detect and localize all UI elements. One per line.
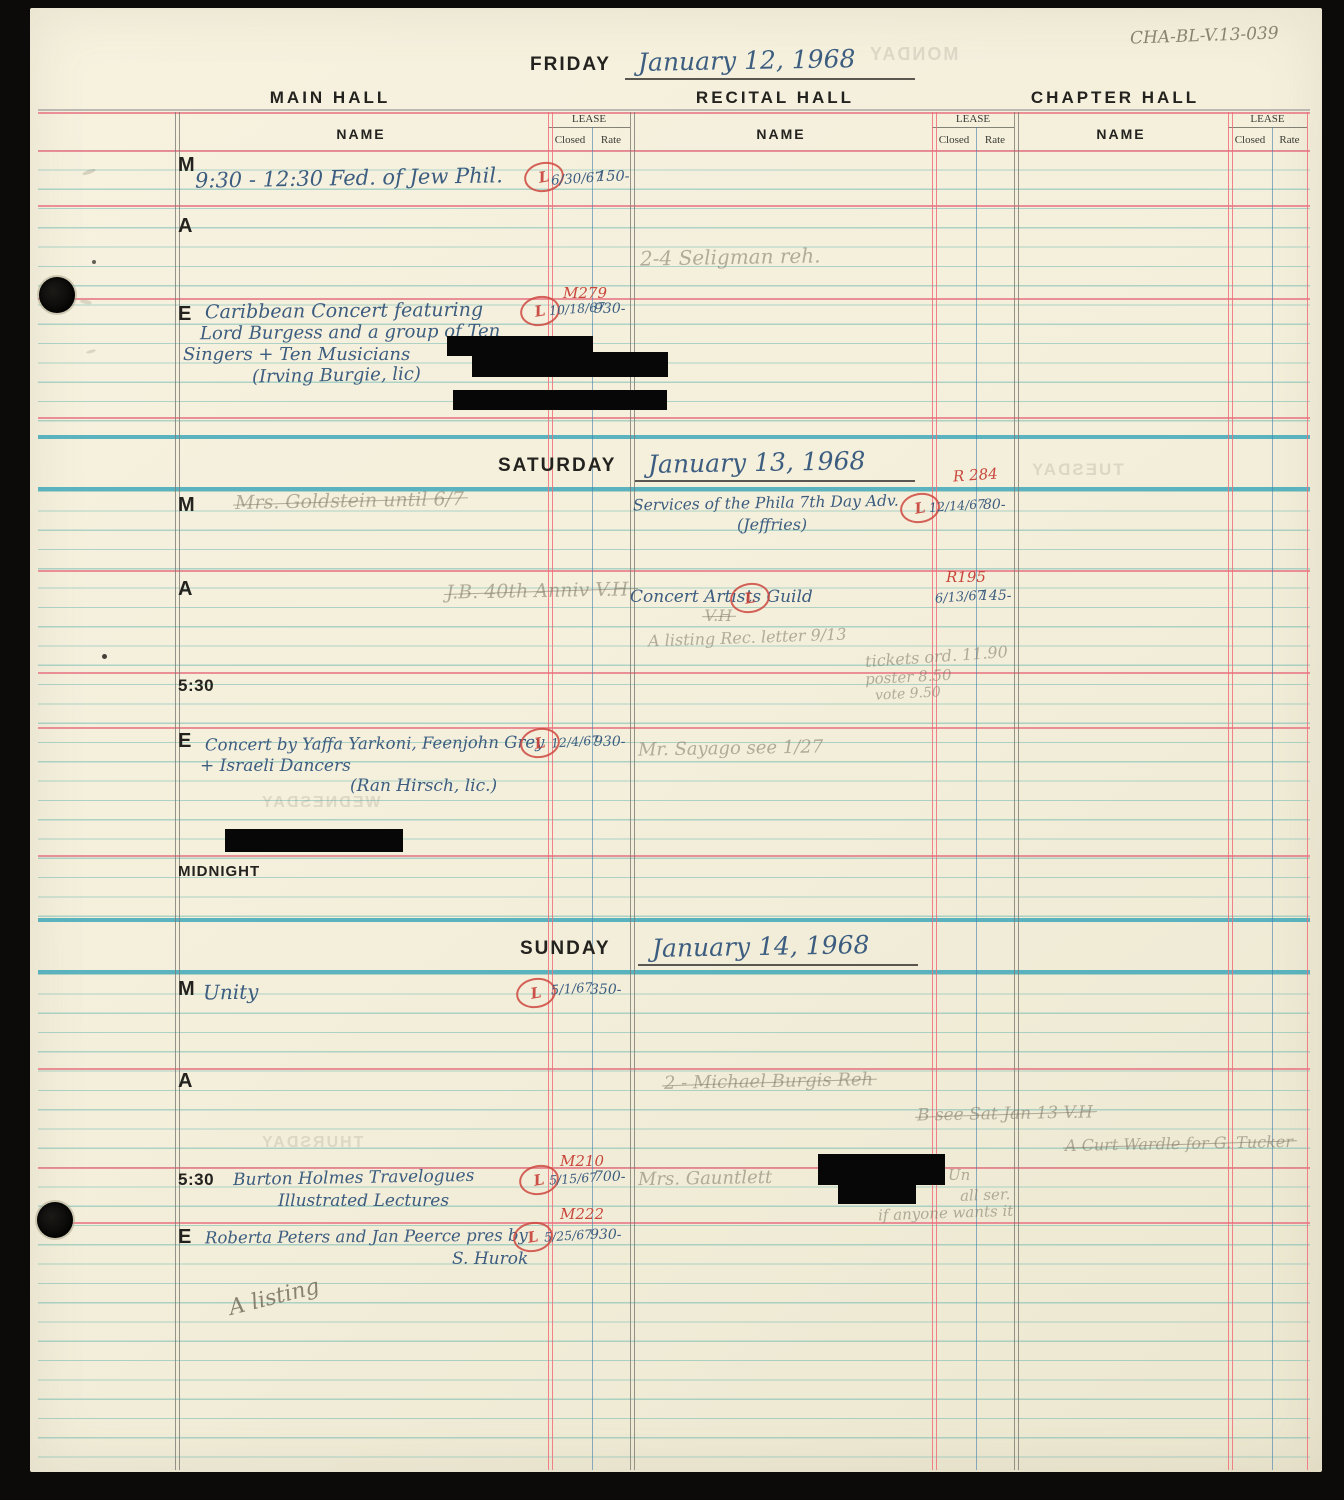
fragment-sunday-recital-530-1: Un bbox=[948, 1166, 970, 1184]
main-recital-divider bbox=[630, 112, 631, 1470]
day-title-saturday: SATURDAY bbox=[498, 455, 616, 477]
lease-underline bbox=[1228, 127, 1307, 128]
row-label-midnight: MIDNIGHT bbox=[178, 863, 260, 880]
row-label-afternoon: A bbox=[178, 1070, 193, 1093]
entry-saturday-main-e-line1: Concert by Yaffa Yarkoni, Feenjohn Grey bbox=[205, 733, 545, 755]
entry-sunday-main-a-struck1: 2 - Michael Burgis Reh bbox=[663, 1069, 873, 1094]
main-closed-rate-divider bbox=[592, 127, 593, 1470]
date-saturday: January 13, 1968 bbox=[648, 446, 866, 479]
ghost-wednesday: WEDNESDAY bbox=[260, 794, 381, 812]
recital-chapter-divider bbox=[1018, 112, 1019, 1470]
name-header-main: NAME bbox=[261, 126, 461, 142]
entry-saturday-recital-m-line2: (Jeffries) bbox=[737, 515, 807, 534]
row-line bbox=[38, 672, 1310, 674]
recital-lease-left-line bbox=[936, 112, 937, 1470]
row-label-evening: E bbox=[178, 1226, 192, 1249]
lease-header-chapter: LEASE bbox=[1228, 113, 1307, 125]
date-underline bbox=[625, 78, 915, 80]
date-underline bbox=[638, 964, 918, 966]
row-line bbox=[38, 150, 1310, 152]
code-saturday-recital-a: R195 bbox=[946, 568, 986, 586]
closed-header-recital: Closed bbox=[932, 134, 976, 146]
closed-header-main: Closed bbox=[548, 134, 592, 146]
entry-sunday-main-e-line2: S. Hurok bbox=[452, 1249, 528, 1269]
entry-sunday-main-530-line1: Burton Holmes Travelogues bbox=[233, 1166, 475, 1190]
redaction-box bbox=[225, 829, 403, 852]
row-line bbox=[38, 727, 1310, 729]
entry-sunday-main-530-line2: Illustrated Lectures bbox=[278, 1191, 449, 1211]
row-line bbox=[38, 1222, 1310, 1224]
hole-punch-bottom bbox=[37, 1202, 73, 1238]
name-header-recital: NAME bbox=[681, 126, 881, 142]
hole-punch-top bbox=[39, 277, 75, 313]
row-label-morning: M bbox=[178, 154, 195, 177]
day-title-friday: FRIDAY bbox=[530, 54, 611, 76]
row-label-morning: M bbox=[178, 494, 195, 517]
row-line bbox=[38, 570, 1310, 572]
entry-saturday-main-m-struck: Mrs. Goldstein until 6/7 bbox=[235, 488, 464, 514]
date-sunday: January 14, 1968 bbox=[652, 930, 870, 963]
ruling-saturday-section bbox=[38, 491, 1310, 918]
rate-header-chapter: Rate bbox=[1272, 134, 1307, 146]
row-line bbox=[38, 298, 1310, 300]
ghost-tuesday: TUESDAY bbox=[1030, 460, 1124, 480]
day-separator-line bbox=[38, 435, 1310, 439]
entry-saturday-main-a-struck1: J.B. 40th Anniv V.H. bbox=[445, 578, 634, 603]
row-label-five-thirty: 5:30 bbox=[178, 1170, 214, 1190]
code-saturday-recital-m: R 284 bbox=[952, 464, 998, 485]
hall-header-recital: RECITAL HALL bbox=[655, 88, 895, 108]
code-sunday-main-e: M222 bbox=[560, 1205, 604, 1223]
row-label-morning: M bbox=[178, 978, 195, 1001]
entry-saturday-main-a-struck2: V.H bbox=[704, 606, 732, 625]
ghost-thursday: THURSDAY bbox=[260, 1134, 363, 1152]
recital-lease-left-line bbox=[932, 112, 933, 1470]
entry-saturday-recital-a-line1: Concert Artists Guild bbox=[630, 587, 813, 607]
closed-sunday-main-m: 5/1/67 bbox=[551, 981, 594, 999]
ghost-monday: MONDAY bbox=[868, 44, 958, 65]
chapter-lease-left-line bbox=[1228, 112, 1229, 1470]
row-line bbox=[38, 1068, 1310, 1070]
row-line bbox=[38, 112, 1310, 114]
day-title-sunday: SUNDAY bbox=[520, 938, 611, 960]
row-label-evening: E bbox=[178, 730, 192, 753]
table-left-edge bbox=[175, 112, 176, 1470]
lease-header-main: LEASE bbox=[548, 113, 630, 125]
chapter-closed-rate-divider bbox=[1272, 127, 1273, 1470]
redaction-box bbox=[838, 1185, 916, 1204]
entry-friday-recital-a: 2-4 Seligman reh. bbox=[640, 243, 821, 270]
rate-saturday-main-e: 930- bbox=[594, 734, 625, 750]
row-label-afternoon: A bbox=[178, 215, 193, 238]
entry-friday-main-e-line3: Singers + Ten Musicians bbox=[183, 344, 410, 365]
entry-friday-main-e-line1: Caribbean Concert featuring bbox=[205, 299, 483, 323]
entry-sunday-main-e-line1: Roberta Peters and Jan Peerce pres by bbox=[205, 1226, 528, 1248]
ink-speck bbox=[102, 654, 107, 659]
entry-sunday-main-a-struck3: A Curt Wardle for G. Tucker bbox=[1065, 1132, 1293, 1155]
closed-header-chapter: Closed bbox=[1228, 134, 1272, 146]
chapter-lease-left-line bbox=[1232, 112, 1233, 1470]
day-separator-line bbox=[38, 970, 1310, 974]
ink-speck bbox=[92, 260, 96, 264]
rate-header-recital: Rate bbox=[976, 134, 1014, 146]
code-sunday-main-530: M210 bbox=[560, 1152, 604, 1170]
row-line bbox=[38, 855, 1310, 857]
entry-friday-main-e-line4: (Irving Burgie, lic) bbox=[252, 364, 421, 388]
header-top-line bbox=[38, 109, 1310, 111]
ruling-friday-section bbox=[38, 150, 1310, 435]
day-separator-line bbox=[38, 918, 1310, 922]
rate-friday-main-m: 150- bbox=[597, 169, 630, 185]
row-line bbox=[38, 205, 1310, 207]
lease-underline bbox=[548, 127, 630, 128]
row-line bbox=[38, 417, 1310, 419]
lease-header-recital: LEASE bbox=[932, 113, 1014, 125]
recital-chapter-divider bbox=[1014, 112, 1015, 1470]
redaction-box bbox=[472, 352, 668, 377]
rate-sunday-main-m: 350- bbox=[590, 982, 621, 998]
hall-header-chapter: CHAPTER HALL bbox=[995, 88, 1235, 108]
entry-saturday-recital-e: Mr. Sayago see 1/27 bbox=[638, 736, 824, 760]
rate-saturday-recital-a: 145- bbox=[980, 588, 1011, 604]
date-friday: January 12, 1968 bbox=[638, 44, 856, 77]
rate-header-main: Rate bbox=[592, 134, 630, 146]
recital-closed-rate-divider bbox=[976, 127, 977, 1470]
rate-friday-main-e: 930- bbox=[594, 301, 625, 317]
entry-saturday-main-e-line2: + Israeli Dancers bbox=[200, 756, 351, 776]
row-label-five-thirty: 5:30 bbox=[178, 676, 214, 696]
ledger-page: CHA-BL-V.13-039 FRIDAY January 12, 1968 … bbox=[30, 8, 1322, 1472]
lease-underline bbox=[932, 127, 1014, 128]
rate-saturday-recital-m: 80- bbox=[983, 497, 1006, 513]
redaction-box bbox=[453, 390, 667, 410]
table-right-edge bbox=[1307, 112, 1308, 1470]
hall-header-main: MAIN HALL bbox=[210, 88, 450, 108]
name-header-chapter: NAME bbox=[1021, 126, 1221, 142]
row-label-afternoon: A bbox=[178, 578, 193, 601]
scanned-ledger-screenshot: { "document": { "reference": "CHA-BL-V.1… bbox=[0, 0, 1344, 1500]
reference-number: CHA-BL-V.13-039 bbox=[1130, 23, 1279, 48]
entry-saturday-main-e-line3: (Ran Hirsch, lic.) bbox=[350, 776, 497, 796]
entry-sunday-main-m: Unity bbox=[203, 980, 259, 1005]
entry-sunday-recital-530: Mrs. Gauntlett bbox=[638, 1167, 772, 1190]
redaction-box bbox=[818, 1154, 945, 1185]
day-separator-line bbox=[38, 487, 1310, 491]
entry-sunday-main-a-struck2: B see Sat Jan 13 V.H bbox=[917, 1102, 1093, 1125]
main-recital-divider bbox=[634, 112, 635, 1470]
rate-sunday-main-530: 700- bbox=[594, 1169, 625, 1185]
date-underline bbox=[635, 480, 915, 482]
rate-sunday-main-e: 930- bbox=[590, 1227, 621, 1243]
row-label-evening: E bbox=[178, 303, 192, 326]
